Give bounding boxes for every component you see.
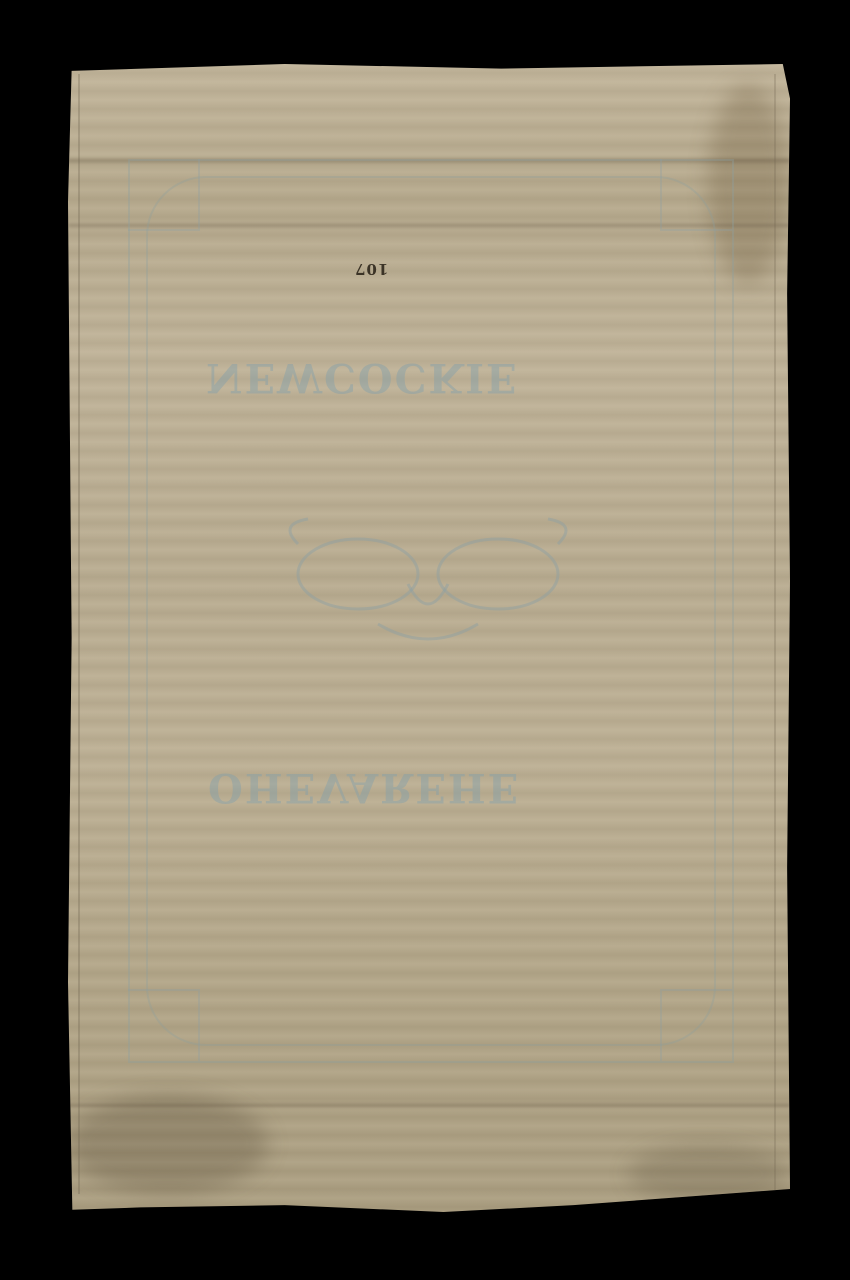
stain [628, 1144, 788, 1204]
margin-rule-right [774, 74, 776, 1194]
document-page: 107 NEWCOCKIE OHEVAREHE [68, 64, 790, 1212]
fold-crease [68, 1104, 790, 1107]
corner-ornament-icon [660, 989, 732, 1061]
corner-ornament-icon [660, 159, 732, 231]
top-heading-bleedthrough: NEWCOCKIE [206, 354, 518, 401]
ribbon-bow-ornament-icon [268, 514, 588, 654]
page-number: 107 [354, 260, 388, 278]
stain [68, 1094, 268, 1194]
corner-ornament-icon [128, 989, 200, 1061]
corner-ornament-icon [128, 159, 200, 231]
bottom-heading-bleedthrough: OHEVAREHE [208, 764, 520, 811]
margin-rule-left [78, 74, 80, 1194]
